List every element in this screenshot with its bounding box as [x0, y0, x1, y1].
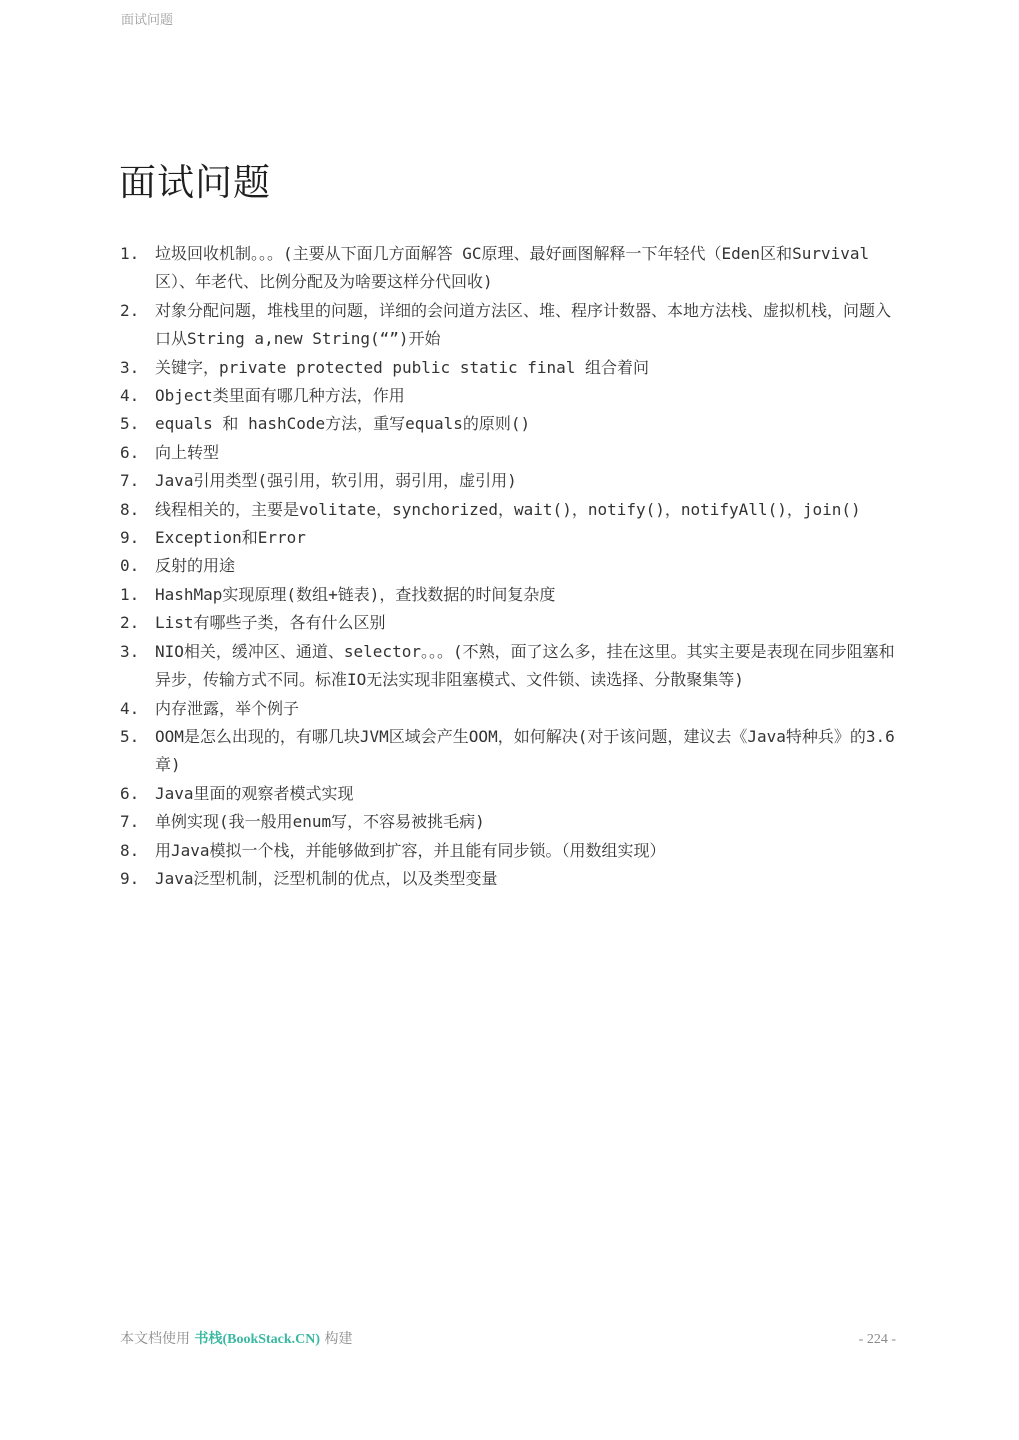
list-item-text: equals 和 hashCode方法，重写equals的原则()	[155, 410, 904, 438]
list-item-text: Java里面的观察者模式实现	[155, 780, 904, 808]
list-item: 8.线程相关的，主要是volitate，synchorized，wait()，n…	[120, 496, 904, 524]
list-item-text: 向上转型	[155, 439, 904, 467]
list-item-number: 4.	[120, 382, 155, 410]
list-item: 9.Exception和Error	[120, 524, 904, 552]
list-item-number: 9.	[120, 865, 155, 893]
list-item-number: 2.	[120, 609, 155, 637]
footer-suffix-text: 构建	[320, 1331, 352, 1347]
list-item: 2.对象分配问题，堆栈里的问题，详细的会问道方法区、堆、程序计数器、本地方法栈、…	[120, 297, 904, 354]
list-item-text: 对象分配问题，堆栈里的问题，详细的会问道方法区、堆、程序计数器、本地方法栈、虚拟…	[155, 297, 904, 354]
list-item: 3.关键字，private protected public static fi…	[120, 354, 904, 382]
list-item-text: 垃圾回收机制。。。(主要从下面几方面解答 GC原理、最好画图解释一下年轻代（Ed…	[155, 240, 904, 297]
list-item-number: 6.	[120, 439, 155, 467]
list-item-number: 1.	[120, 240, 155, 268]
list-item-text: Object类里面有哪几种方法，作用	[155, 382, 904, 410]
list-item-text: Exception和Error	[155, 524, 904, 552]
list-item-number: 6.	[120, 780, 155, 808]
list-item-text: OOM是怎么出现的，有哪几块JVM区域会产生OOM，如何解决(对于该问题，建议去…	[155, 723, 904, 780]
running-header: 面试问题	[121, 13, 173, 29]
list-item-text: 线程相关的，主要是volitate，synchorized，wait()，not…	[155, 496, 904, 524]
page-title: 面试问题	[119, 161, 271, 205]
list-item-text: NIO相关，缓冲区、通道、selector。。。(不熟，面了这么多，挂在这里。其…	[155, 638, 904, 695]
list-item: 8.用Java模拟一个栈，并能够做到扩容，并且能有同步锁。（用数组实现）	[120, 837, 904, 865]
list-item-number: 7.	[120, 808, 155, 836]
list-item-number: 2.	[120, 297, 155, 325]
list-item: 5.equals 和 hashCode方法，重写equals的原则()	[120, 410, 904, 438]
list-item-number: 3.	[120, 638, 155, 666]
list-item: 1.垃圾回收机制。。。(主要从下面几方面解答 GC原理、最好画图解释一下年轻代（…	[120, 240, 904, 297]
list-item-number: 7.	[120, 467, 155, 495]
list-item: 6.向上转型	[120, 439, 904, 467]
list-item-number: 3.	[120, 354, 155, 382]
list-item: 7.单例实现(我一般用enum写，不容易被挑毛病)	[120, 808, 904, 836]
list-item-text: 内存泄露，举个例子	[155, 695, 904, 723]
list-item-text: HashMap实现原理(数组+链表)，查找数据的时间复杂度	[155, 581, 904, 609]
list-item-number: 1.	[120, 581, 155, 609]
list-item: 7.Java引用类型(强引用，软引用，弱引用，虚引用)	[120, 467, 904, 495]
list-item-text: 单例实现(我一般用enum写，不容易被挑毛病)	[155, 808, 904, 836]
list-item-number: 5.	[120, 410, 155, 438]
list-item-number: 0.	[120, 552, 155, 580]
list-item-text: Java泛型机制，泛型机制的优点，以及类型变量	[155, 865, 904, 893]
bookstack-brand-link[interactable]: 书栈(BookStack.CN)	[194, 1332, 320, 1347]
list-item-number: 5.	[120, 723, 155, 751]
list-item: 4.内存泄露，举个例子	[120, 695, 904, 723]
list-item-text: 反射的用途	[155, 552, 904, 580]
footer: 本文档使用 书栈(BookStack.CN) 构建	[120, 1330, 353, 1349]
list-item: 3.NIO相关，缓冲区、通道、selector。。。(不熟，面了这么多，挂在这里…	[120, 638, 904, 695]
list-item: 6.Java里面的观察者模式实现	[120, 780, 904, 808]
list-item: 4.Object类里面有哪几种方法，作用	[120, 382, 904, 410]
list-item-text: List有哪些子类，各有什么区别	[155, 609, 904, 637]
footer-prefix-text: 本文档使用	[120, 1331, 194, 1347]
list-item: 9.Java泛型机制，泛型机制的优点，以及类型变量	[120, 865, 904, 893]
list-item-number: 9.	[120, 524, 155, 552]
question-list: 1.垃圾回收机制。。。(主要从下面几方面解答 GC原理、最好画图解释一下年轻代（…	[120, 240, 904, 893]
list-item: 2.List有哪些子类，各有什么区别	[120, 609, 904, 637]
page-number: - 224 -	[859, 1331, 896, 1349]
list-item: 0.反射的用途	[120, 552, 904, 580]
list-item: 5.OOM是怎么出现的，有哪几块JVM区域会产生OOM，如何解决(对于该问题，建…	[120, 723, 904, 780]
list-item-number: 8.	[120, 837, 155, 865]
list-item-number: 4.	[120, 695, 155, 723]
list-item-text: Java引用类型(强引用，软引用，弱引用，虚引用)	[155, 467, 904, 495]
list-item-number: 8.	[120, 496, 155, 524]
document-page: 面试问题 面试问题 1.垃圾回收机制。。。(主要从下面几方面解答 GC原理、最好…	[0, 0, 1019, 1440]
list-item: 1.HashMap实现原理(数组+链表)，查找数据的时间复杂度	[120, 581, 904, 609]
list-item-text: 用Java模拟一个栈，并能够做到扩容，并且能有同步锁。（用数组实现）	[155, 837, 904, 865]
list-item-text: 关键字，private protected public static fina…	[155, 354, 904, 382]
